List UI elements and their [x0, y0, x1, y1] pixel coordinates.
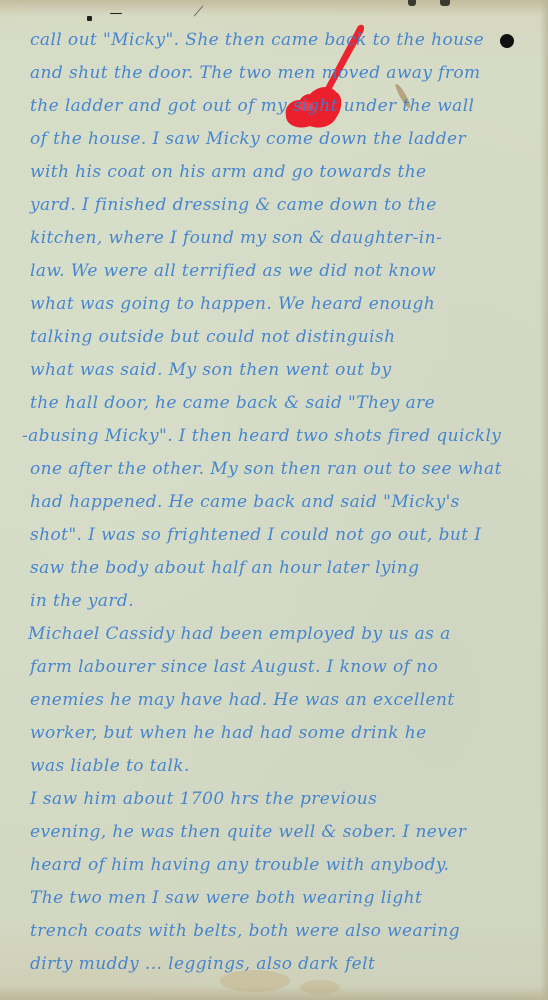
text-line: the ladder and got out of my sight under… [30, 96, 474, 116]
text-line: call out "Micky". She then came back to … [30, 30, 484, 50]
paper-stain [300, 980, 340, 994]
text-line: Michael Cassidy had been employed by us … [28, 624, 451, 644]
text-line: evening, he was then quite well & sober.… [30, 822, 466, 842]
text-line: in the yard. [30, 591, 134, 611]
punch-hole [500, 34, 514, 48]
text-line: and shut the door. The two men moved awa… [30, 63, 481, 83]
text-line: shot". I was so frightened I could not g… [30, 525, 481, 545]
text-line: of the house. I saw Micky come down the … [30, 129, 466, 149]
text-line: talking outside but could not distinguis… [30, 327, 395, 347]
page-right-edge [540, 0, 548, 1000]
text-line: what was said. My son then went out by [30, 360, 392, 380]
text-line: enemies he may have had. He was an excel… [30, 690, 455, 710]
text-line: the hall door, he came back & said "They… [30, 393, 435, 413]
tear-mark [440, 0, 450, 6]
torn-top-edge [0, 0, 548, 16]
ink-speck [110, 13, 122, 14]
text-line: I saw him about 1700 hrs the previous [30, 789, 377, 809]
text-line: worker, but when he had had some drink h… [30, 723, 427, 743]
text-line: with his coat on his arm and go towards … [30, 162, 427, 182]
text-line: trench coats with belts, both were also … [30, 921, 460, 941]
text-line: kitchen, where I found my son & daughter… [30, 228, 442, 248]
text-line: had happened. He came back and said "Mic… [30, 492, 460, 512]
text-line: was liable to talk. [30, 756, 190, 776]
text-line: dirty muddy ... leggings, also dark felt [30, 954, 375, 974]
text-line: law. We were all terrified as we did not… [30, 261, 436, 281]
text-line: farm labourer since last August. I know … [30, 657, 438, 677]
text-line: saw the body about half an hour later ly… [30, 558, 419, 578]
text-line: one after the other. My son then ran out… [30, 459, 502, 479]
text-line: yard. I finished dressing & came down to… [30, 195, 437, 215]
text-line: -abusing Micky". I then heard two shots … [22, 426, 501, 446]
text-line: The two men I saw were both wearing ligh… [30, 888, 422, 908]
tear-mark [408, 0, 416, 6]
ink-speck [87, 16, 92, 21]
text-line: heard of him having any trouble with any… [30, 855, 449, 875]
text-line: what was going to happen. We heard enoug… [30, 294, 435, 314]
document-page: call out "Micky". She then came back to … [0, 0, 548, 1000]
